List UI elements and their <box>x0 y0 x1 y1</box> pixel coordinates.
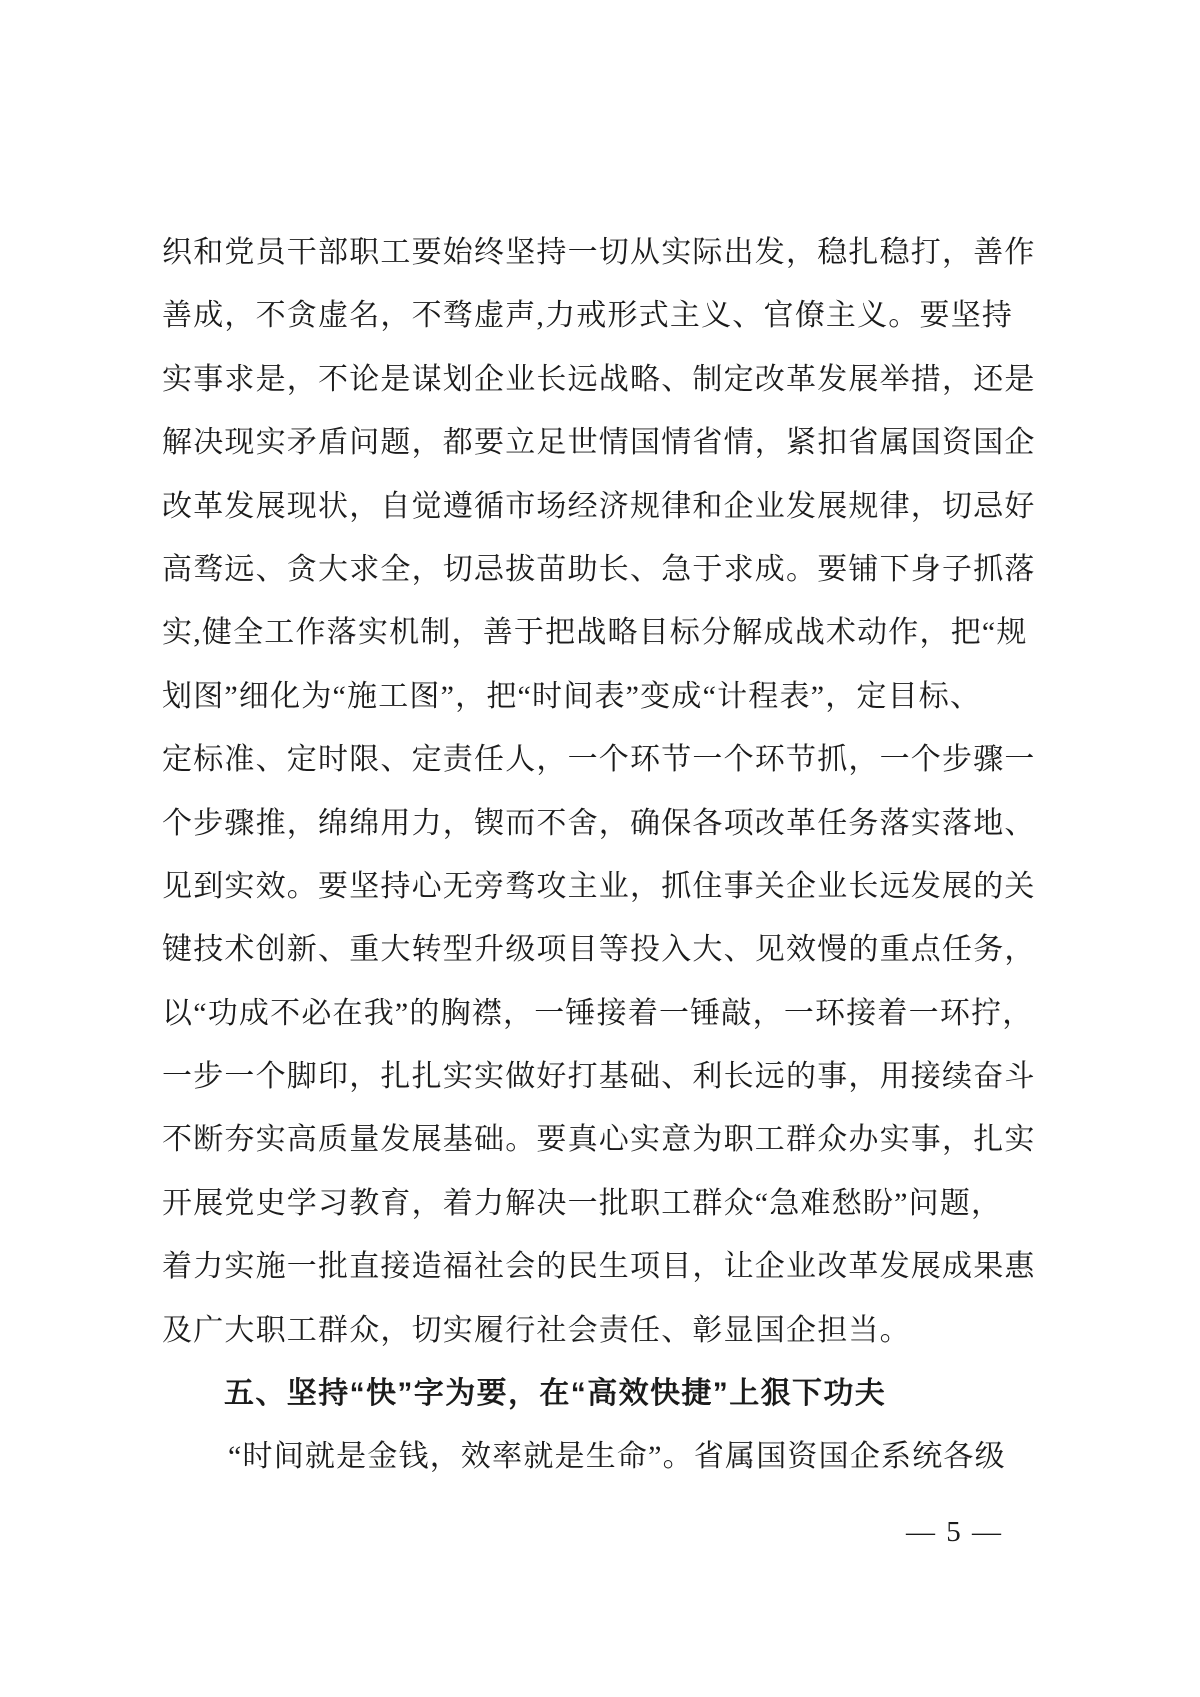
text-line: 开展党史学习教育，着力解决一批职工群众“急难愁盼”问题， <box>162 1172 1042 1235</box>
text-block: 织和党员干部职工要始终坚持一切从实际出发，稳扎稳打，善作善成，不贪虚名，不骛虚声… <box>162 221 1042 1489</box>
text-line: 改革发展现状，自觉遵循市场经济规律和企业发展规律，切忌好 <box>162 475 1042 538</box>
text-line: 一步一个脚印，扎扎实实做好打基础、利长远的事，用接续奋斗 <box>162 1045 1042 1108</box>
text-line: 不断夯实高质量发展基础。要真心实意为职工群众办实事，扎实 <box>162 1108 1042 1171</box>
text-line: 高骛远、贪大求全，切忌拔苗助长、急于求成。要铺下身子抓落 <box>162 538 1042 601</box>
text-line: 善成，不贪虚名，不骛虚声,力戒形式主义、官僚主义。要坚持 <box>162 284 1042 347</box>
text-line: 划图”细化为“施工图”，把“时间表”变成“计程表”，定目标、 <box>162 665 1042 728</box>
text-line: 见到实效。要坚持心无旁骛攻主业，抓住事关企业长远发展的关 <box>162 855 1042 918</box>
text-line: 个步骤推，绵绵用力，锲而不舍，确保各项改革任务落实落地、 <box>162 792 1042 855</box>
text-line: 键技术创新、重大转型升级项目等投入大、见效慢的重点任务， <box>162 918 1042 981</box>
text-line: 以“功成不必在我”的胸襟，一锤接着一锤敲，一环接着一环拧， <box>162 982 1042 1045</box>
text-line: 及广大职工群众，切实履行社会责任、彰显国企担当。 <box>162 1299 1042 1362</box>
section-heading: 五、坚持“快”字为要，在“高效快捷”上狠下功夫 <box>162 1362 1042 1425</box>
text-line: “时间就是金钱，效率就是生命”。省属国资国企系统各级 <box>162 1425 1042 1488</box>
text-line: 着力实施一批直接造福社会的民生项目，让企业改革发展成果惠 <box>162 1235 1042 1298</box>
text-line: 定标准、定时限、定责任人，一个环节一个环节抓，一个步骤一 <box>162 728 1042 791</box>
document-page: 织和党员干部职工要始终坚持一切从实际出发，稳扎稳打，善作善成，不贪虚名，不骛虚声… <box>0 0 1200 1697</box>
text-line: 织和党员干部职工要始终坚持一切从实际出发，稳扎稳打，善作 <box>162 221 1042 284</box>
text-line: 实,健全工作落实机制，善于把战略目标分解成战术动作，把“规 <box>162 601 1042 664</box>
text-line: 解决现实矛盾问题，都要立足世情国情省情，紧扣省属国资国企 <box>162 411 1042 474</box>
page-number: — 5 — <box>906 1516 1003 1548</box>
text-line: 实事求是，不论是谋划企业长远战略、制定改革发展举措，还是 <box>162 348 1042 411</box>
